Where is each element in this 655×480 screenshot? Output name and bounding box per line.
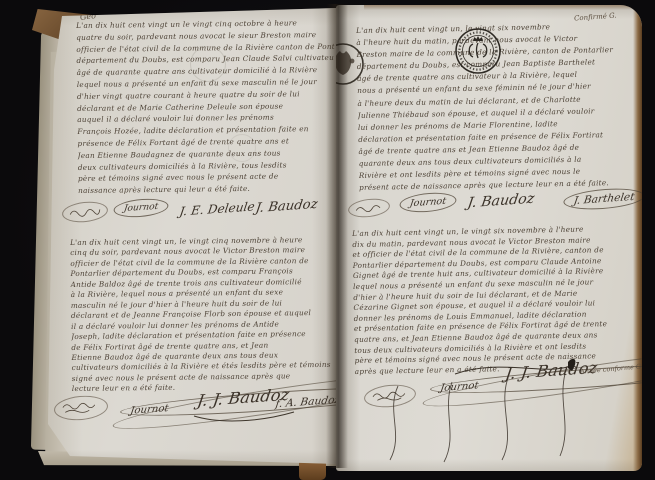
crowned-official-stamp-icon [454,27,502,75]
paraphe-squiggle [68,205,103,218]
pen-flourish-strokes [360,352,646,470]
page-edge-top [364,5,638,10]
margin-paraphe-oval [61,200,109,225]
signature-baudoz: J. Baudoz [466,191,535,212]
margin-paraphe-oval [53,394,109,423]
signature-journot: Journot [112,197,169,219]
signature-baudoz: J. Baudoz [255,197,319,216]
paraphe-squiggle [354,202,385,215]
paraphe-squiggle [60,399,101,416]
pen-flourish-underline [190,408,300,424]
book-spine [299,461,326,480]
act-text-left-1: L'an dix huit cent vingt un le vingt cin… [76,17,336,198]
margin-paraphe-oval [347,197,391,220]
book-gutter-shadow [326,4,348,468]
manuscript-line: naissance après lecture qui leur a été f… [78,182,336,197]
act-text-left-2: L'an dix huit cent vingt un, le vingt ci… [70,235,334,396]
signature-deleule: J. E. Deleule [179,199,256,218]
register-scan-photo: Geo L'an dix huit cent vingt un le vingt… [0,0,655,480]
left-page: Geo L'an dix huit cent vingt un le vingt… [40,6,338,466]
